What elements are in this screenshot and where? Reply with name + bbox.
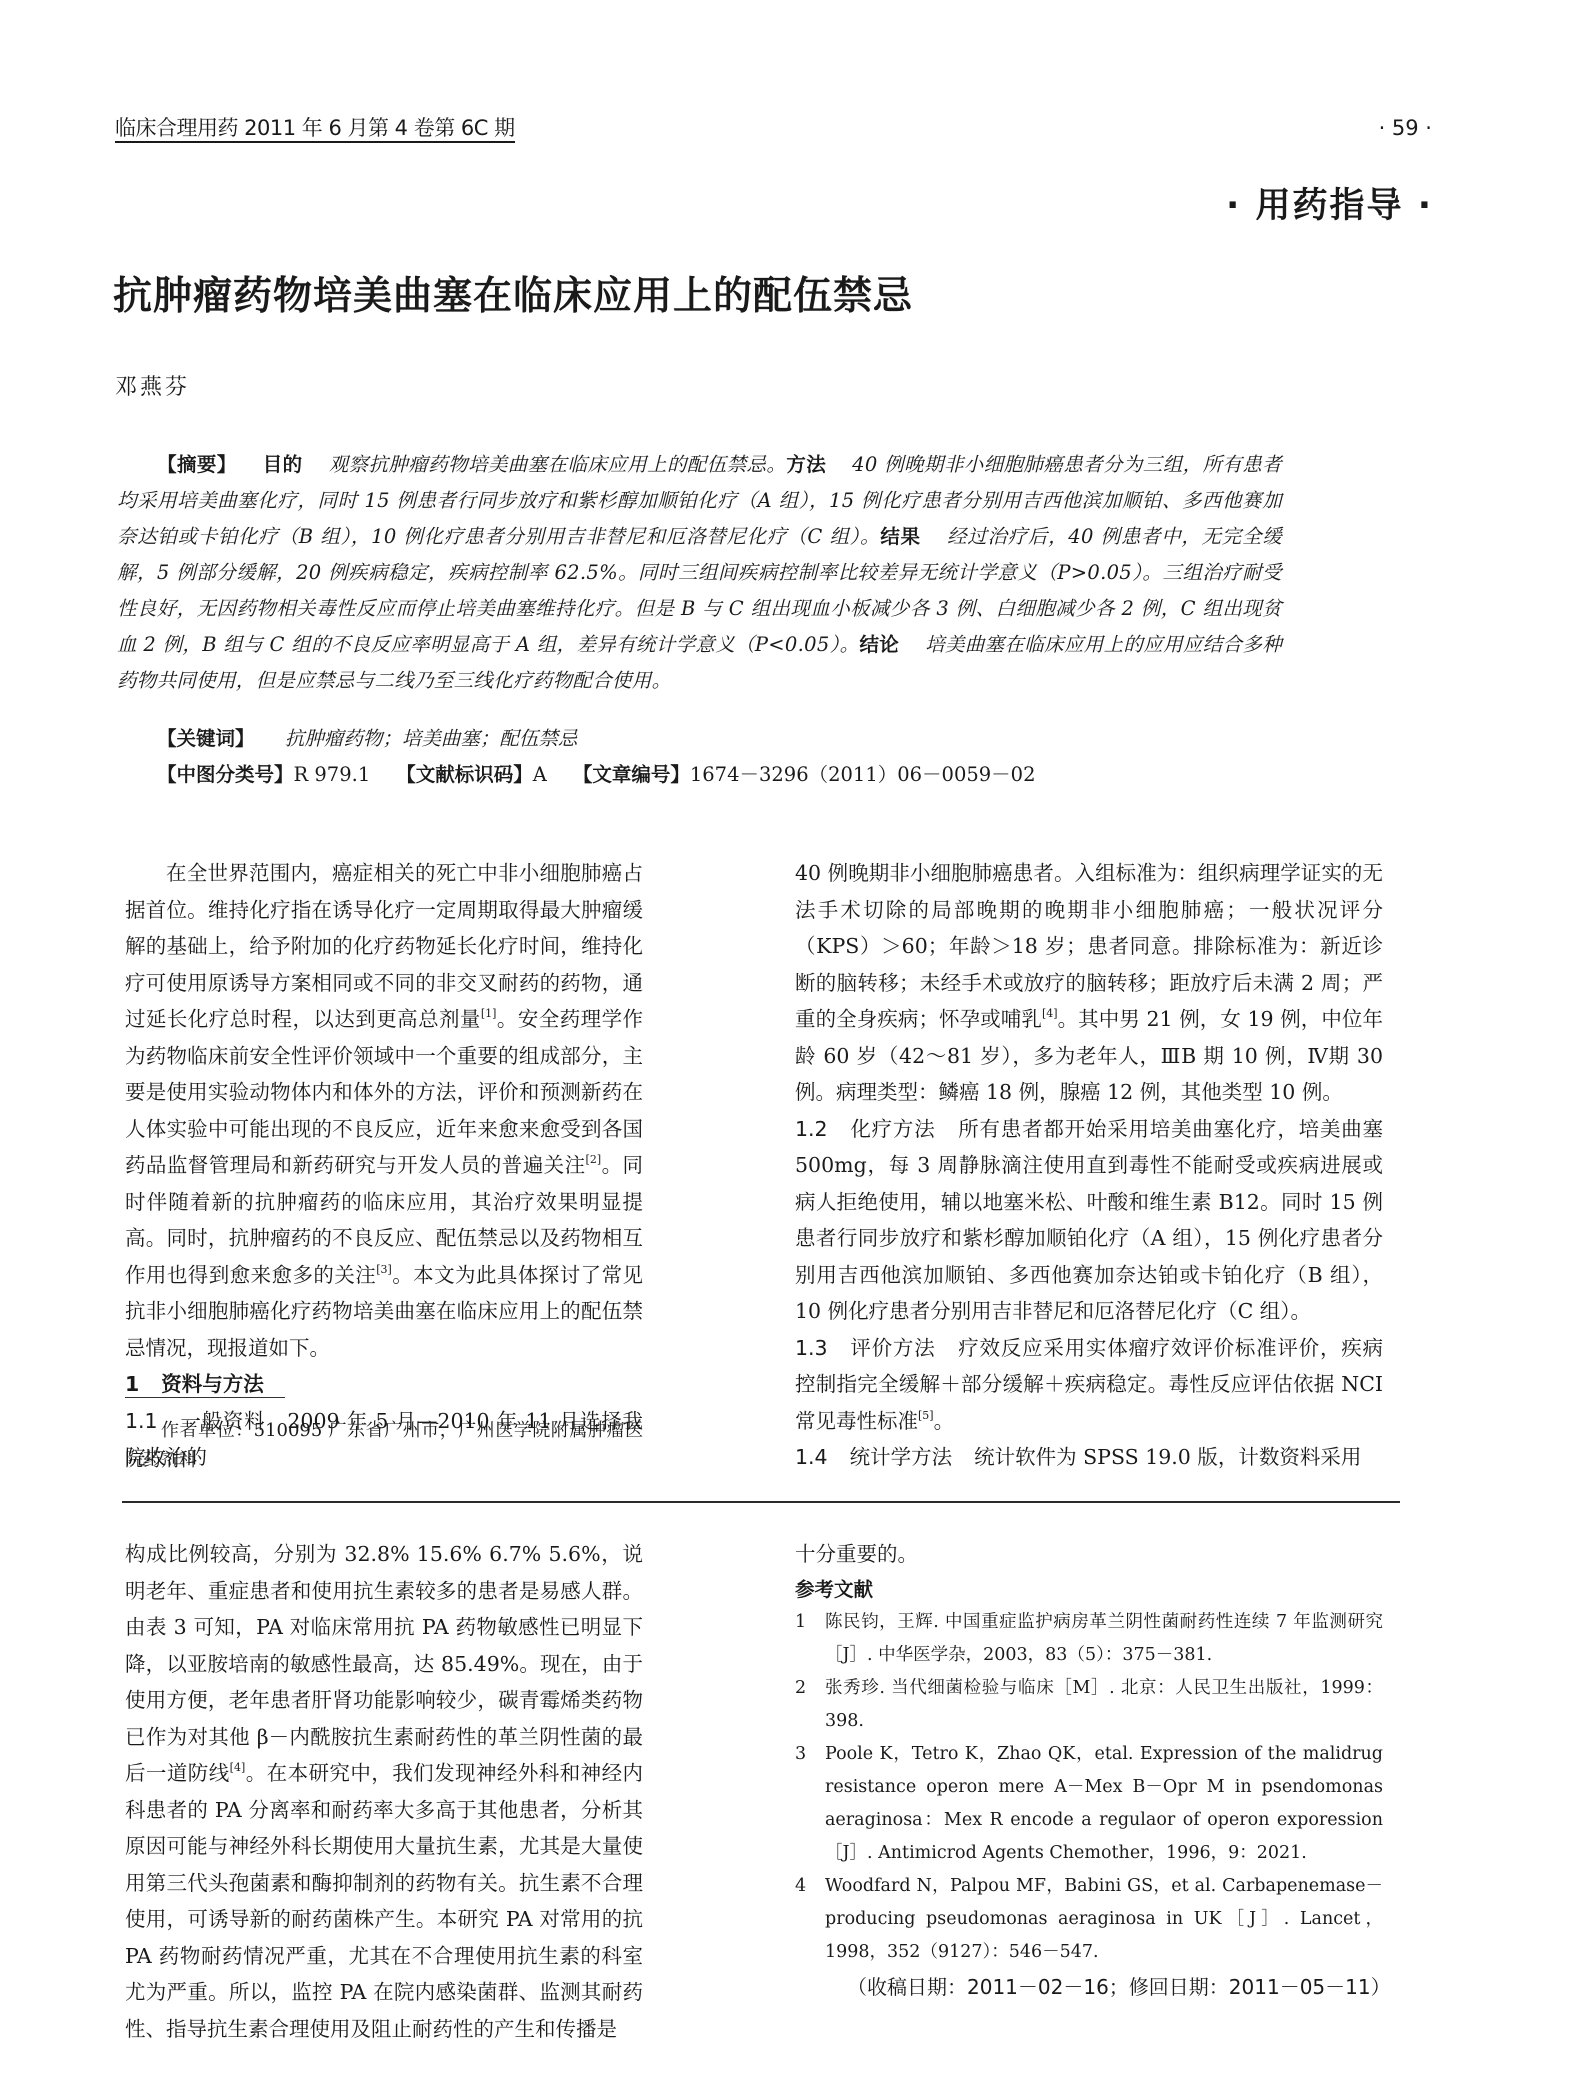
- subsection-1-1-continued: 40 例晚期非小细胞肺癌患者。入组标准为：组织病理学证实的无法手术切除的局部晚期…: [795, 855, 1383, 1111]
- results-label: 结果: [880, 525, 920, 548]
- doc-code-label: 【文献标识码】: [396, 763, 533, 786]
- clc-label: 【中图分类号】: [157, 763, 294, 786]
- methods-label: 方法: [786, 453, 826, 476]
- reference-item: 2张秀珍. 当代细菌检验与临床［M］. 北京：人民卫生出版社，1999：398.: [795, 1672, 1383, 1738]
- abstract-label: 【摘要】: [157, 453, 237, 476]
- objective-text: 观察抗肿瘤药物培美曲塞在临床应用上的配伍禁忌。: [329, 453, 787, 476]
- reference-item: 3Poole K，Tetro K，Zhao QK，etal. Expressio…: [795, 1738, 1383, 1870]
- author-name: 邓燕芬: [115, 370, 190, 401]
- keywords-label: 【关键词】: [157, 727, 255, 750]
- keywords-value: 抗肿瘤药物；培美曲塞；配伍禁忌: [285, 727, 578, 750]
- page-number: · 59 ·: [1379, 116, 1432, 140]
- abstract: 【摘要】目的观察抗肿瘤药物培美曲塞在临床应用上的配伍禁忌。方法40 例晚期非小细…: [117, 447, 1282, 699]
- citation-2[interactable]: [2]: [586, 1153, 602, 1166]
- clc-value: R 979.1: [294, 763, 371, 786]
- doc-code-value: A: [533, 763, 547, 786]
- body-right-column: 40 例晚期非小细胞肺癌患者。入组标准为：组织病理学证实的无法手术切除的局部晚期…: [795, 855, 1383, 1476]
- citation-4[interactable]: [4]: [1042, 1007, 1058, 1020]
- reference-list: 1陈民钧，王辉. 中国重症监护病房革兰阴性菌耐药性连续 7 年监测研究［J］. …: [795, 1606, 1383, 1969]
- reference-item: 1陈民钧，王辉. 中国重症监护病房革兰阴性菌耐药性连续 7 年监测研究［J］. …: [795, 1606, 1383, 1672]
- article-no-value: 1674－3296（2011）06－0059－02: [690, 763, 1036, 786]
- body-left-column: 在全世界范围内，癌症相关的死亡中非小细胞肺癌占据首位。维持化疗指在诱导化疗一定周…: [125, 855, 643, 1476]
- previous-article-fragment: 构成比例较高，分别为 32.8% 15.6% 6.7% 5.6%，说明老年、重症…: [125, 1536, 643, 2047]
- article-no-label: 【文章编号】: [573, 763, 690, 786]
- citation-1[interactable]: [1]: [481, 1007, 497, 1020]
- section-tag: · 用药指导 ·: [1226, 178, 1433, 228]
- conclusion-label: 结论: [859, 633, 899, 656]
- subsection-1-4: 1.4统计学方法统计软件为 SPSS 19.0 版，计数资料采用: [795, 1439, 1383, 1476]
- references-heading: 参考文献: [795, 1573, 1383, 1606]
- classification-line: 【中图分类号】R 979.1【文献标识码】A【文章编号】1674－3296（20…: [157, 760, 1036, 790]
- journal-running-head: 临床合理用药 2011 年 6 月第 4 卷第 6C 期: [115, 116, 515, 143]
- reference-item: 4Woodfard N，Palpou MF，Babini GS，et al. C…: [795, 1870, 1383, 1969]
- continuation-text: 十分重要的。: [795, 1536, 1383, 1573]
- article-divider: [122, 1501, 1400, 1503]
- article-title: 抗肿瘤药物培美曲塞在临床应用上的配伍禁忌: [113, 265, 913, 321]
- subsection-1-3: 1.3评价方法疗效反应采用实体瘤疗效评价标准评价，疾病控制指完全缓解＋部分缓解＋…: [795, 1330, 1383, 1440]
- received-dates: （收稿日期：2011－02－16；修回日期：2011－05－11）: [795, 1969, 1383, 2005]
- keywords: 【关键词】 抗肿瘤药物；培美曲塞；配伍禁忌: [157, 724, 577, 754]
- previous-article-references: 十分重要的。 参考文献 1陈民钧，王辉. 中国重症监护病房革兰阴性菌耐药性连续 …: [795, 1536, 1383, 2005]
- intro-paragraph: 在全世界范围内，癌症相关的死亡中非小细胞肺癌占据首位。维持化疗指在诱导化疗一定周…: [125, 855, 643, 1366]
- subsection-1-2: 1.2化疗方法所有患者都开始采用培美曲塞化疗，培美曲塞 500mg，每 3 周静…: [795, 1111, 1383, 1330]
- author-affiliation-footnote: 作者单位：510095 广东省广州市，广州医学院附属肿瘤医院药剂科: [125, 1416, 643, 1476]
- footnote-rule: [125, 1397, 285, 1398]
- citation-4-prev[interactable]: [4]: [230, 1761, 246, 1774]
- objective-label: 目的: [263, 453, 303, 476]
- citation-3[interactable]: [3]: [376, 1263, 392, 1276]
- citation-5[interactable]: [5]: [918, 1409, 934, 1422]
